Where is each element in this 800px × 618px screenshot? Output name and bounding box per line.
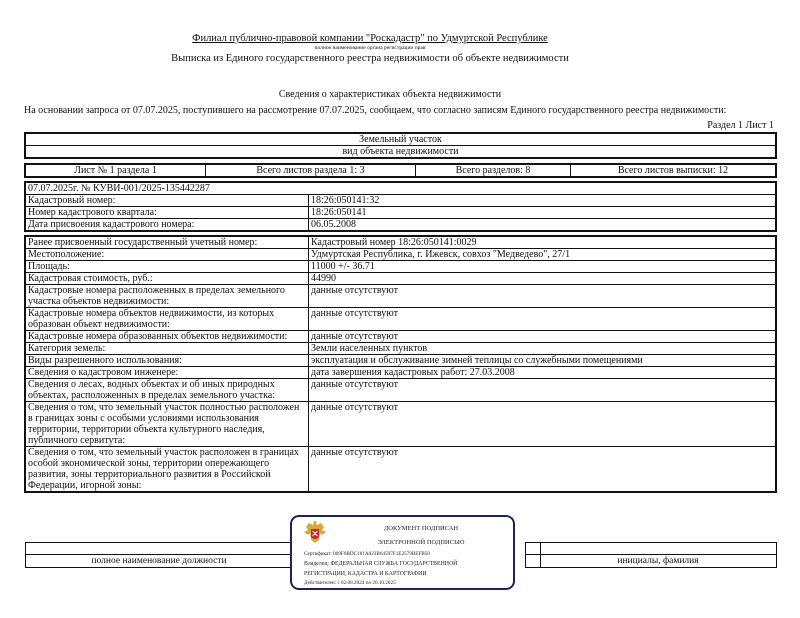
row-value: 18:26:050141 xyxy=(309,207,776,219)
row-label: Сведения о кадастровом инженере: xyxy=(26,367,309,379)
row-label: Номер кадастрового квартала: xyxy=(26,207,309,219)
object-type-table: Земельный участок вид объекта недвижимос… xyxy=(25,133,776,158)
total-sections: Всего разделов: 8 xyxy=(416,165,571,177)
row-value: данные отсутствуют xyxy=(309,402,776,447)
electronic-signature-stamp: ДОКУМЕНТ ПОДПИСАН ЭЛЕКТРОННОЙ ПОДПИСЬЮ С… xyxy=(290,515,515,590)
request-basis-text: На основании запроса от 07.07.2025, пост… xyxy=(24,105,784,116)
row-value: данные отсутствуют xyxy=(309,285,776,308)
section-title: Сведения о характеристиках объекта недви… xyxy=(0,89,780,100)
row-value: данные отсутствуют xyxy=(309,308,776,331)
divider xyxy=(525,554,776,555)
stamp-title-line1: ДОКУМЕНТ ПОДПИСАН xyxy=(336,525,506,532)
position-caption: полное наименование должности xyxy=(25,556,293,566)
sheet-reference: Раздел 1 Лист 1 xyxy=(707,120,774,131)
row-label: Кадастровые номера объектов недвижимости… xyxy=(26,308,309,331)
object-type-caption: вид объекта недвижимости xyxy=(26,146,776,158)
table-row: Виды разрешенного использования:эксплуат… xyxy=(26,355,776,367)
row-label: Кадастровый номер: xyxy=(26,195,309,207)
registration-table: 07.07.2025г. № КУВИ-001/2025-135442287 К… xyxy=(25,182,776,231)
row-label: Дата присвоения кадастрового номера: xyxy=(26,219,309,231)
stamp-validity: Действителен: с 02.08.2024 по 26.10.2025 xyxy=(304,580,396,586)
row-label: Кадастровые номера образованных объектов… xyxy=(26,331,309,343)
row-value: 06.05.2008 xyxy=(309,219,776,231)
row-value: данные отсутствуют xyxy=(309,331,776,343)
row-value: Кадастровый номер 18:26:050141:0029 xyxy=(309,237,776,249)
table-row: Площадь:11000 +/- 36.71 xyxy=(26,261,776,273)
table-row: Кадастровые номера образованных объектов… xyxy=(26,331,776,343)
organization-name: Филиал публично-правовой компании "Роска… xyxy=(0,33,740,44)
table-row: Кадастровый номер: 18:26:050141:32 xyxy=(26,195,776,207)
table-row: Кадастровые номера объектов недвижимости… xyxy=(26,308,776,331)
document-title: Выписка из Единого государственного реес… xyxy=(0,53,740,64)
sheet-info-table: Лист № 1 раздела 1 Всего листов раздела … xyxy=(25,164,776,177)
table-row: Сведения о кадастровом инженере:дата зав… xyxy=(26,367,776,379)
table-row: Местоположение:Удмуртская Республика, г.… xyxy=(26,249,776,261)
table-row: Кадастровые номера расположенных в преде… xyxy=(26,285,776,308)
organization-caption: полное наименование органа регистрации п… xyxy=(0,45,740,51)
stamp-certificate: Сертификат: 009F0BDC181A023B64597F1E2579… xyxy=(304,551,430,557)
characteristics-table: Ранее присвоенный государственный учетны… xyxy=(25,236,776,492)
row-value: 11000 +/- 36.71 xyxy=(309,261,776,273)
row-label: Сведения о том, что земельный участок по… xyxy=(26,402,309,447)
row-label: Кадастровая стоимость, руб.: xyxy=(26,273,309,285)
row-value: 44990 xyxy=(309,273,776,285)
table-row: Сведения о том, что земельный участок ра… xyxy=(26,447,776,492)
total-sheets-extract: Всего листов выписки: 12 xyxy=(571,165,776,177)
table-row: Категория земель:Земли населенных пункто… xyxy=(26,343,776,355)
row-value: эксплуатация и обслуживание зимней тепли… xyxy=(309,355,776,367)
sheet-number: Лист № 1 раздела 1 xyxy=(26,165,206,177)
row-label: Площадь: xyxy=(26,261,309,273)
row-label: Сведения о том, что земельный участок ра… xyxy=(26,447,309,492)
row-value: Земли населенных пунктов xyxy=(309,343,776,355)
total-sheets-section: Всего листов раздела 1: 3 xyxy=(206,165,416,177)
row-value: 18:26:050141:32 xyxy=(309,195,776,207)
coat-of-arms-icon xyxy=(302,520,328,544)
stamp-owner-line1: Владелец: ФЕДЕРАЛЬНАЯ СЛУЖБА ГОСУДАРСТВЕ… xyxy=(304,561,457,567)
table-row: Ранее присвоенный государственный учетны… xyxy=(26,237,776,249)
row-value: данные отсутствуют xyxy=(309,379,776,402)
row-value: данные отсутствуют xyxy=(309,447,776,492)
row-label: Кадастровые номера расположенных в преде… xyxy=(26,285,309,308)
name-caption: инициалы, фамилия xyxy=(540,556,776,566)
object-type: Земельный участок xyxy=(26,134,776,146)
table-row: Кадастровая стоимость, руб.:44990 xyxy=(26,273,776,285)
divider xyxy=(25,554,293,555)
extract-date-number: 07.07.2025г. № КУВИ-001/2025-135442287 xyxy=(26,183,776,195)
row-label: Сведения о лесах, водных объектах и об и… xyxy=(26,379,309,402)
row-value: дата завершения кадастровых работ: 27.03… xyxy=(309,367,776,379)
table-row: Сведения о лесах, водных объектах и об и… xyxy=(26,379,776,402)
table-row: Номер кадастрового квартала: 18:26:05014… xyxy=(26,207,776,219)
row-label: Виды разрешенного использования: xyxy=(26,355,309,367)
row-value: Удмуртская Республика, г. Ижевск, совхоз… xyxy=(309,249,776,261)
row-label: Местоположение: xyxy=(26,249,309,261)
row-label: Ранее присвоенный государственный учетны… xyxy=(26,237,309,249)
table-row: Дата присвоения кадастрового номера: 06.… xyxy=(26,219,776,231)
stamp-title-line2: ЭЛЕКТРОННОЙ ПОДПИСЬЮ xyxy=(336,539,506,546)
stamp-owner-line2: РЕГИСТРАЦИИ, КАДАСТРА И КАРТОГРАФИИ xyxy=(304,571,427,577)
table-row: Сведения о том, что земельный участок по… xyxy=(26,402,776,447)
row-label: Категория земель: xyxy=(26,343,309,355)
